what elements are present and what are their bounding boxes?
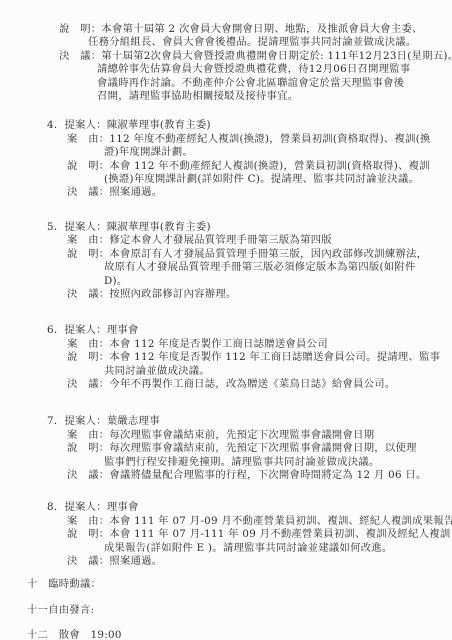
text-line: 5．提案人：陳淑華理事(教育主委) bbox=[47, 221, 452, 234]
text-line: 任務分組組長、會員大會會後禮品。提請理監事共同討論並做成決議。 bbox=[88, 36, 452, 49]
text-line: D)。 bbox=[104, 275, 452, 288]
text-line: 案 由：本會 112 年度是否製作工商日誌贈送會員公司 bbox=[67, 338, 452, 351]
text-line: 共同討論並做成決議。 bbox=[104, 365, 452, 378]
text-line: 證)年度開課計劃。 bbox=[104, 146, 452, 159]
text-line: 決 議：第十屆第2次會員大會暨授證典禮開會日期定於: 111年12月23日(星期… bbox=[59, 50, 452, 63]
text-line: 成果報告(詳如附件 E )。請理監事共同討論並建議如何改進。 bbox=[104, 542, 452, 555]
text-line: 7．提案人：葉嚴志理事 bbox=[47, 415, 452, 428]
text-line: 說 明：本會原訂有人才發展品質管理手冊第三版，因內政部修改訓練辦法， bbox=[67, 248, 452, 261]
text-line: 十一自由發言: bbox=[27, 604, 452, 617]
text-line: 會議時再作討論。不動產仲介公會北區聯誼會定於當天理監事會後 bbox=[97, 77, 452, 90]
text-line: 8．提案人：理事會 bbox=[47, 501, 452, 514]
text-line: 4．提案人：陳淑華理事(教育主委) bbox=[47, 119, 452, 132]
text-line: 決 議：照案通過。 bbox=[67, 186, 452, 199]
text-line: 案 由：修定本會人才發展品質管理手冊第三版為第四版 bbox=[67, 234, 452, 247]
text-line: (換證)年度開課計劃(詳如附件 C)。提請理、監事共同討論並決議。 bbox=[104, 173, 452, 186]
text-line: 案 由：112 年度不動產經紀人複訓(換證)，營業員初訓(資格取得)、複訓(換 bbox=[67, 133, 452, 146]
text-line: 說 明：本會 112 年不動產經紀人複訓(換證)，營業員初訓(資格取得)、複訓 bbox=[67, 160, 452, 173]
text-line: 決 議：今年不再製作工商日誌，改為贈送《菜鳥日誌》給會員公司。 bbox=[67, 378, 452, 391]
text-line: 決 議：會議將儘量配合理監事的行程，下次開會時間將定為 12 月 06 日。 bbox=[67, 469, 452, 482]
text-line: 決 議：按照內政部修訂內容辦理。 bbox=[67, 288, 452, 301]
text-line: 請總幹事先估算會員大會暨授證典禮花費，待12月06日召開理監事 bbox=[97, 63, 452, 76]
text-line: 十 臨時動議： bbox=[27, 578, 452, 591]
text-line: 案 由：本會 111 年 07 月-09 月不動產營業員初訓、複訓、經紀人複訓成… bbox=[67, 515, 452, 528]
text-line: 監事們行程安排避免撞期。請理監事共同討論並做成決議。 bbox=[104, 456, 452, 469]
text-line: 說 明：本會第十屆第 2 次會員大會開會日期、地點，及推派會員大會主委、 bbox=[59, 23, 452, 36]
text-line: 說 明：本會 111 年 07 月-111 年 09 月不動產營業員初訓、複訓及… bbox=[67, 528, 452, 541]
text-line: 案 由：每次理監事會議結束前，先預定下次理監事會議開會日期 bbox=[67, 429, 452, 442]
text-line: 故原有人才發展品質管理手冊第三版必須修定版本為第四版(如附件 bbox=[104, 261, 452, 274]
text-line: 十二 散會 19:00 bbox=[27, 629, 452, 640]
text-line: 說 明：每次理監事會議結束前，先預定下次理監事會議開會日期，以使理 bbox=[67, 442, 452, 455]
text-line: 6．提案人：理事會 bbox=[47, 324, 452, 337]
text-line: 說 明：本會 112 年度是否製作 112 年工商日誌贈送會員公司。提請理、監事 bbox=[67, 351, 452, 364]
text-line: 決 議：照案通過。 bbox=[67, 555, 452, 568]
text-line: 召開，請理監事協助相關接駁及接待事宜。 bbox=[97, 90, 452, 103]
document-page: 說 明：本會第十屆第 2 次會員大會開會日期、地點，及推派會員大會主委、任務分組… bbox=[0, 0, 452, 640]
